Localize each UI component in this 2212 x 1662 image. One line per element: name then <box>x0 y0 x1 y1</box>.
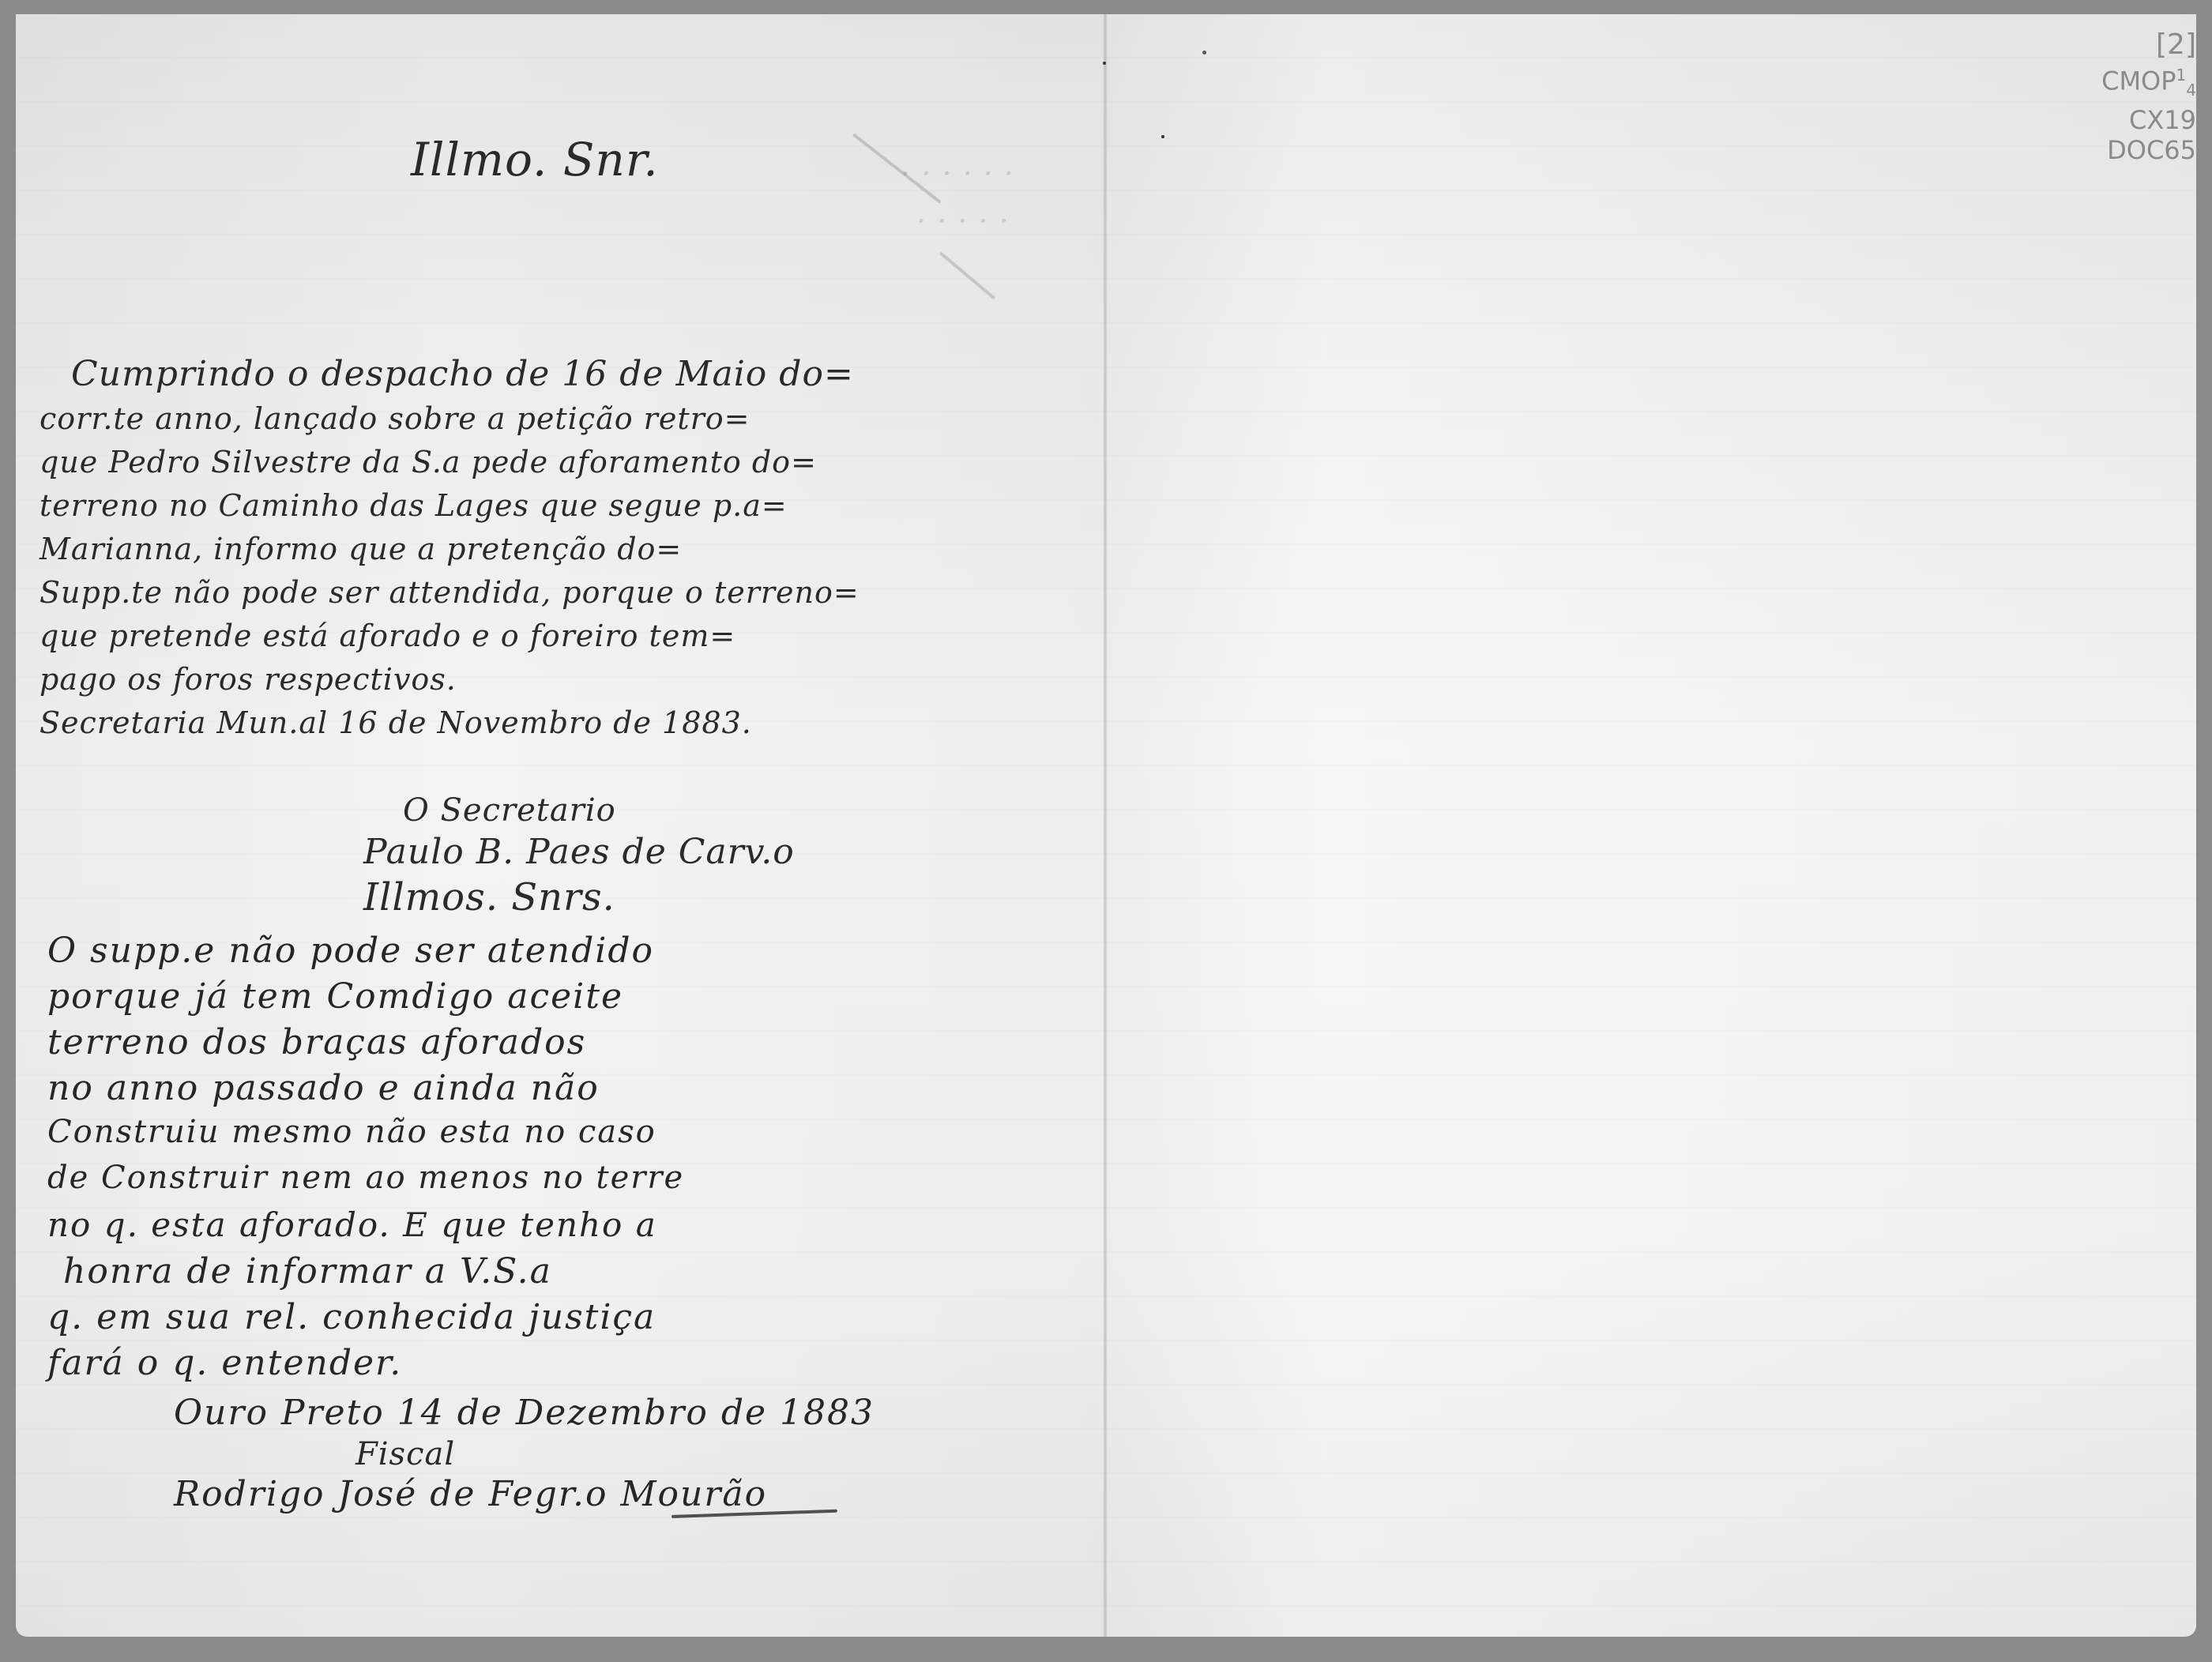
paper-speck <box>1103 62 1106 65</box>
archive-page-number: [2] <box>2086 30 2196 60</box>
informe-signature-title: O Secretario <box>403 792 616 829</box>
informe-line-1: Cumprindo o despacho de 16 de Maio do= <box>71 354 854 394</box>
archive-document: DOC65 <box>2086 135 2196 165</box>
paper-speck <box>1161 135 1164 138</box>
parecer-signature-name: Rodrigo José de Fegr.o Mourão <box>174 1474 767 1514</box>
archive-box: CX19 <box>2086 105 2196 135</box>
informe-line-4: terreno no Caminho das Lages que segue p… <box>39 488 788 523</box>
informe-line-7: que pretende está aforado e o foreiro te… <box>39 619 735 653</box>
parecer-line-10: fará o q. entender. <box>47 1343 402 1383</box>
informe-line-3: que Pedro Silvestre da S.a pede aforamen… <box>39 445 817 479</box>
informe-line-5: Marianna, informo que a pretenção do= <box>39 532 682 566</box>
parecer-signature-title: Fiscal <box>355 1436 455 1472</box>
archive-collection: CMOP14 <box>2086 60 2196 105</box>
parecer-line-7: no q. esta aforado. E que tenho a <box>47 1205 657 1244</box>
parecer-line-5: Construiu mesmo não esta no caso <box>47 1114 656 1150</box>
parecer-line-9: q. em sua rel. conhecida justiça <box>47 1297 656 1337</box>
informe-date-line: Secretaria Mun.al 16 de Novembro de 1883… <box>39 705 752 740</box>
parecer-line-4: no anno passado e ainda não <box>47 1068 600 1108</box>
manuscript-sheet: · · · · · · · · · · · Illmo. Snr. Cumpri… <box>16 14 2196 1637</box>
parecer-salutation: Illmos. Snrs. <box>363 875 615 919</box>
informe-line-8: pago os foros respectivos. <box>39 662 457 697</box>
parecer-line-8: honra de informar a V.S.a <box>63 1251 552 1292</box>
informe-line-6: Supp.te não pode ser attendida, porque o… <box>39 575 860 610</box>
paper-speck <box>1202 51 1206 55</box>
salutation: Illmo. Snr. <box>411 133 659 186</box>
archive-reference-label: [2] CMOP14 CX19 DOC65 <box>2086 30 2196 165</box>
bleed-through-text: · · · · · <box>916 204 1010 239</box>
center-fold <box>1103 14 1108 1637</box>
parecer-line-2: porque já tem Comdigo aceite <box>47 976 623 1017</box>
parecer-line-3: terreno dos braças aforados <box>47 1022 586 1062</box>
bleed-through-text: · · · · · · <box>901 156 1014 191</box>
informe-signature-name: Paulo B. Paes de Carv.o <box>363 832 795 872</box>
parecer-line-6: de Construir nem ao menos no terre <box>47 1160 684 1196</box>
parecer-date-line: Ouro Preto 14 de Dezembro de 1883 <box>174 1393 875 1433</box>
parecer-line-1: O supp.e não pode ser atendido <box>47 931 654 971</box>
informe-line-2: corr.te anno, lançado sobre a petição re… <box>39 401 750 436</box>
